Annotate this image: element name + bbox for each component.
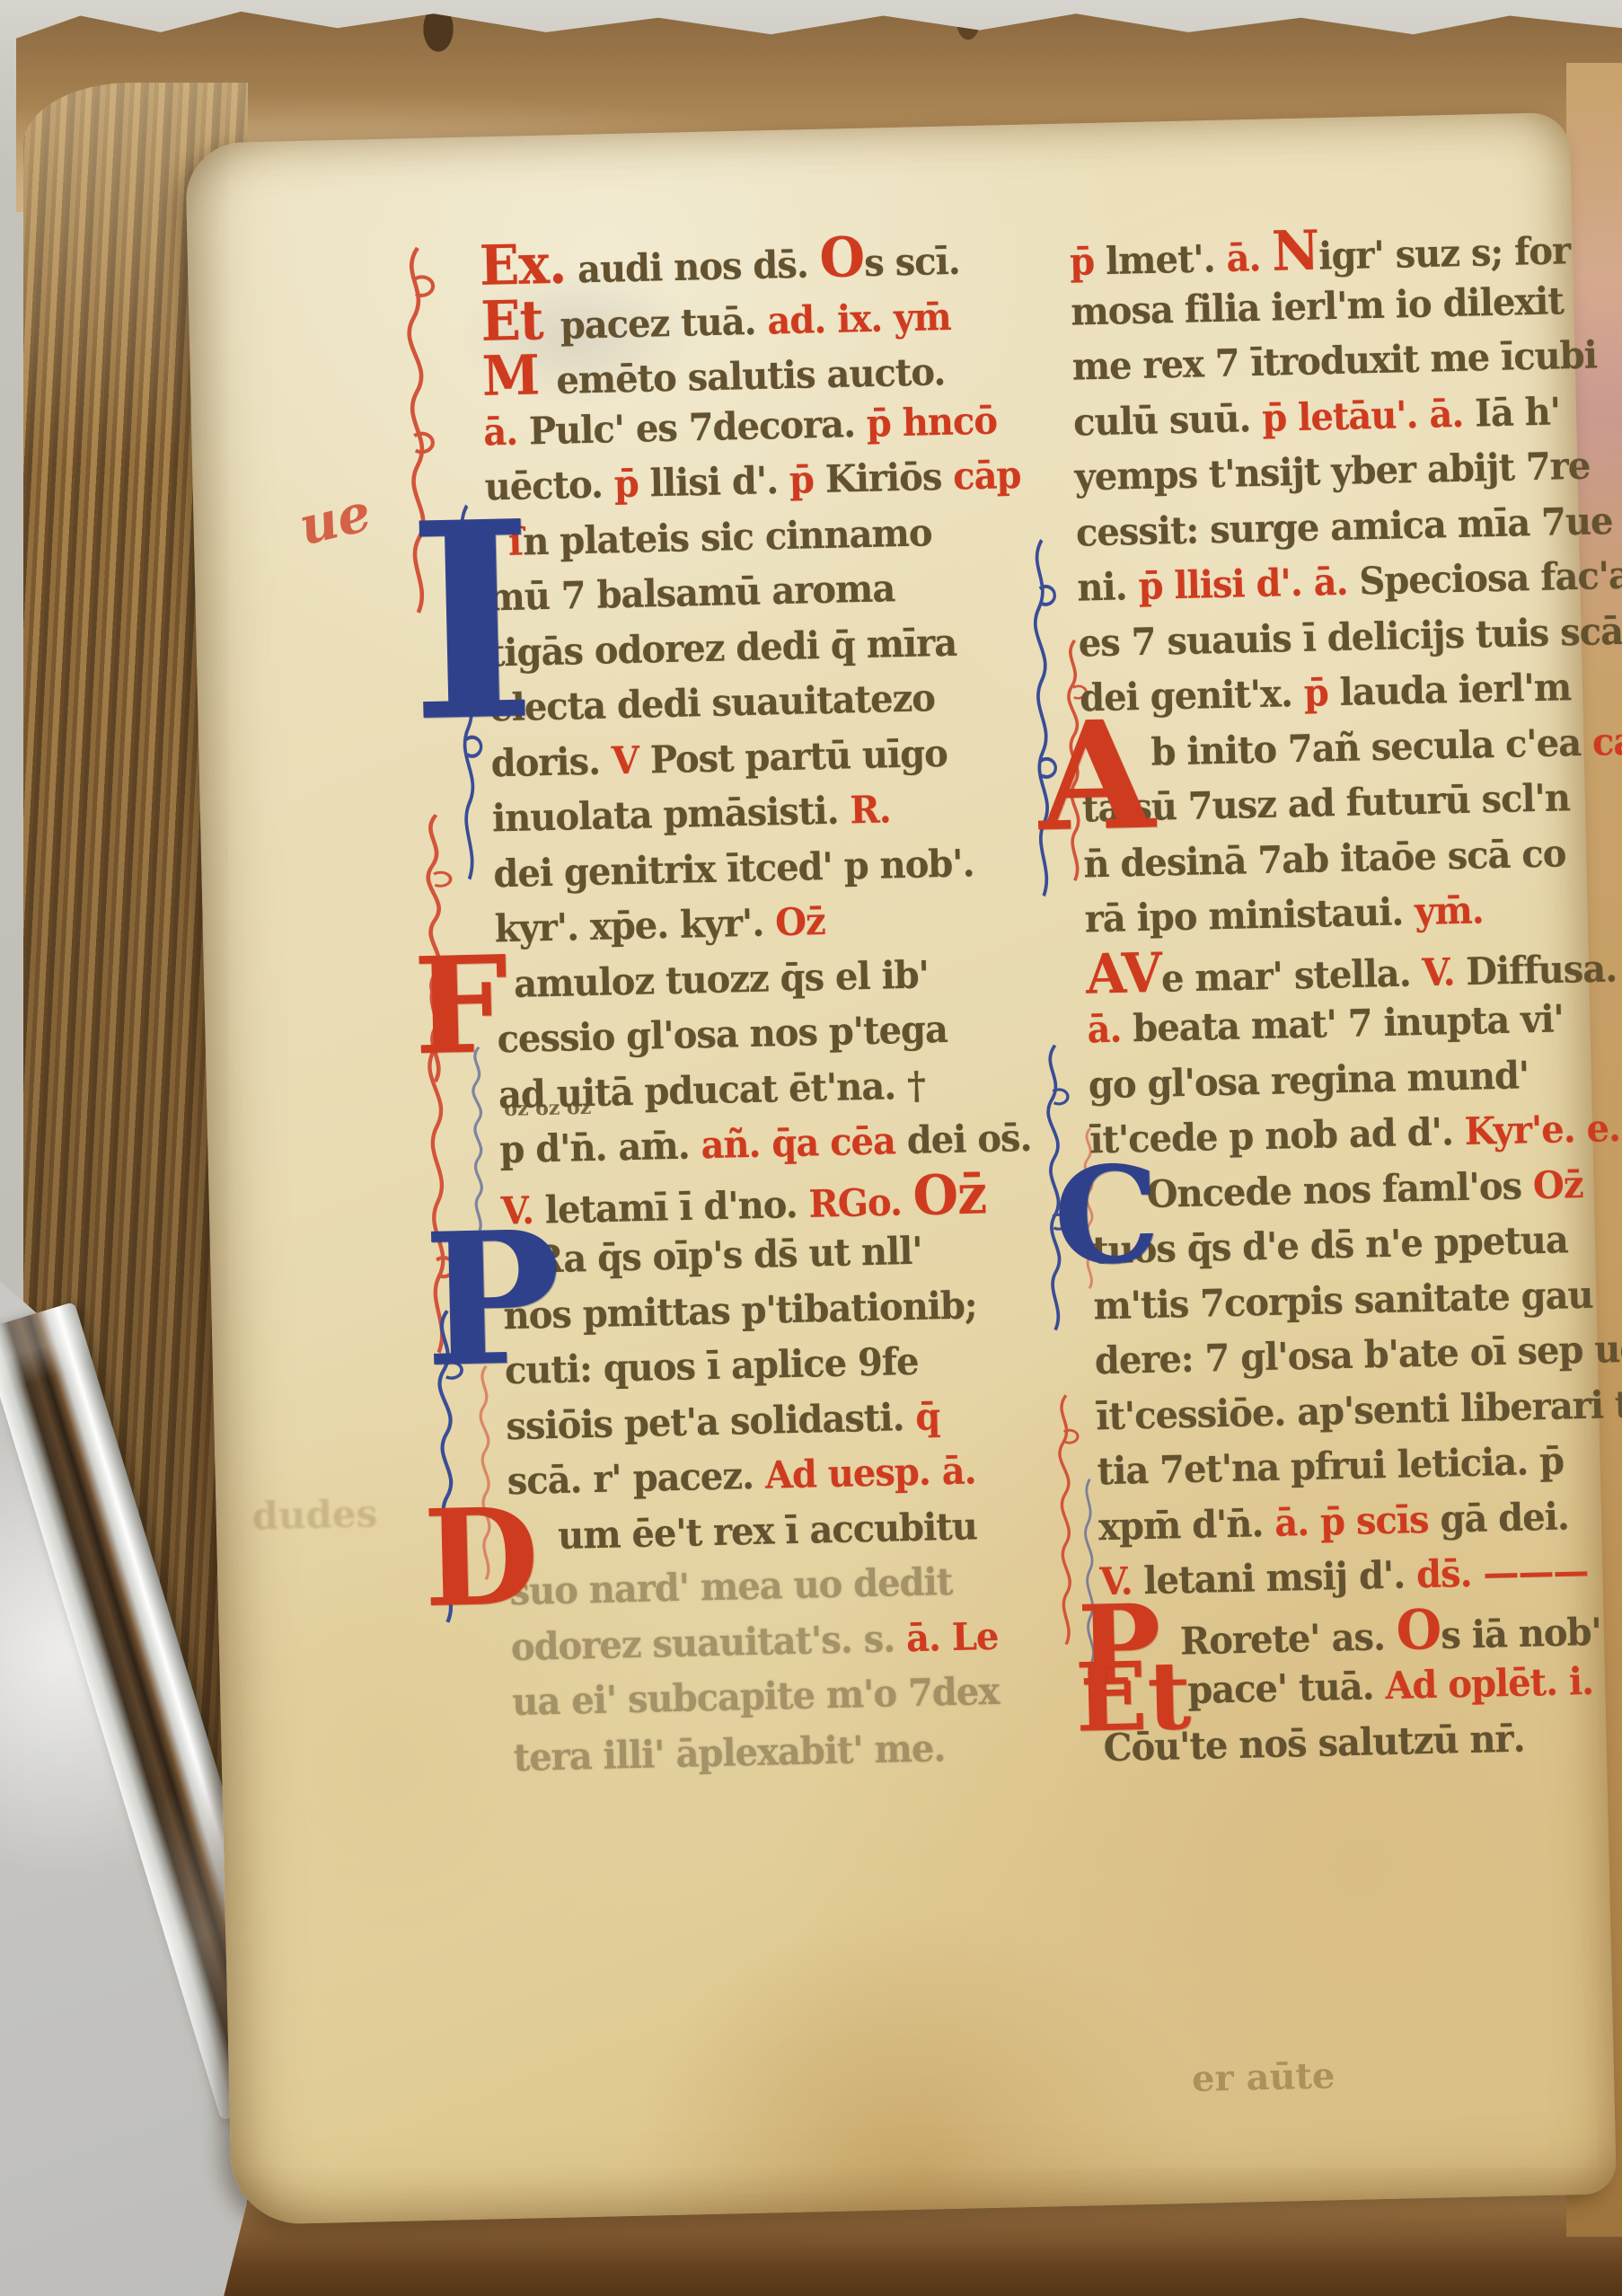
catchword: er aūte (1192, 2054, 1336, 2100)
text-run: beata mat' 7 inupta vi' (1133, 997, 1565, 1051)
text-run: cāp (953, 453, 1021, 499)
text-run: n plateis sic cinnamo (523, 510, 932, 564)
manuscript-text-line: tera illi' āplexabit' me. (513, 1716, 1071, 1787)
text-run: Post partū uīgo (649, 731, 948, 782)
manuscript-photo-scene: ue dudes er aūte oz oz oz Ex. audi nos d… (0, 0, 1622, 2296)
margin-ghost-text: dudes (251, 1491, 378, 1538)
text-run: audi nos ds̄. (566, 242, 821, 292)
text-run: rā ipo ministaui. (1084, 889, 1415, 941)
text-run: b inito 7añ secula c'ea (1150, 720, 1582, 774)
text-run: Iā h' (1475, 389, 1561, 435)
text-run: tuos q̄s d'e ds̄ n'e ppetua (1092, 1218, 1569, 1273)
text-run: V. (1422, 949, 1467, 994)
text-run: ā. (1087, 1006, 1133, 1051)
text-run: ā. (1226, 235, 1273, 280)
text-run: q̄ (915, 1394, 940, 1439)
text-run: dei os̄. (906, 1116, 1032, 1162)
text-run: pacez tuā. (560, 298, 768, 348)
text-run: Oz̄ (1532, 1162, 1583, 1208)
text-run: p̄ hncō (866, 398, 997, 446)
text-run: llisi d'. (649, 458, 789, 506)
text-run: go gl'osa regina mund' (1088, 1053, 1529, 1107)
text-run: Ra q̄s oīp's ds̄ ut nll' (533, 1229, 923, 1282)
text-run: R. (850, 788, 891, 833)
text-run: ds̄. ——— (1416, 1549, 1589, 1597)
text-run: es 7 suauis ī delicijs tuis scā (1078, 608, 1622, 665)
text-run: nos pmittas p'tibationib; (503, 1283, 977, 1338)
text-run: N (1271, 218, 1319, 284)
text-run: Speciosa fac'a (1359, 553, 1622, 604)
text-run: cessio gl'osa nos p'tega (497, 1007, 948, 1062)
text-run: xpm̄ d'n̄. (1098, 1501, 1275, 1550)
text-run: ssiōis pet'a solidasti. (506, 1395, 916, 1449)
text-run: p̄ (1070, 239, 1106, 284)
text-run: Oz̄ (912, 1161, 987, 1227)
text-run: p d'n̄. am̄. (499, 1123, 701, 1171)
text-run: s iā nob' (1441, 1610, 1602, 1657)
text-run: p̄ llisi d'. ā. (1138, 560, 1360, 609)
text-run: ā. (483, 409, 530, 454)
text-run: yemps t'nsijt yber abijt 7re (1074, 444, 1591, 499)
text-run: pace' tuā. (1187, 1664, 1386, 1712)
illuminated-initial-c: C (1053, 1160, 1161, 1271)
illuminated-initial-f: F (412, 949, 509, 1061)
text-run: me rex 7 ītroduxit me īcubi (1071, 333, 1597, 390)
text-run: tera illi' āplexabit' me. (513, 1726, 946, 1779)
text-run: dere: 7 gl'osa b'ate oī sep ug'is (1094, 1326, 1622, 1383)
text-run: Oncede nos faml'os (1146, 1163, 1533, 1216)
text-run: ad. ix. ym̄ (767, 295, 951, 343)
illuminated-initial-a: A (1037, 714, 1156, 839)
text-run: ni. (1077, 564, 1139, 610)
text-run: culū suū. (1073, 396, 1263, 445)
text-run: igr' suz s; for (1318, 228, 1571, 278)
text-run: mū 7 balsamū aroma (487, 566, 895, 620)
text-run: um ēe't rex ī accubitu (558, 1504, 978, 1558)
illuminated-initial-p: P (422, 1223, 562, 1376)
text-run: Ad oplēt. i. (1385, 1659, 1594, 1709)
text-run: O (819, 225, 865, 290)
text-run: añ. q̄a cēa (701, 1118, 907, 1168)
text-run: ua ei' subcapite m'o 7dex (512, 1669, 1000, 1725)
text-run: letamī ī d'no. (544, 1181, 809, 1232)
margin-pen-trial: ue (294, 481, 377, 557)
text-run: lauda ierl'm (1339, 665, 1572, 714)
text-run: Rorete' as. (1179, 1614, 1397, 1664)
illuminated-initial-i: I (406, 509, 537, 734)
text-run: amuloz tuozz q̄s el ib' (514, 952, 930, 1006)
text-run: mosa filia ierl'm io dilexit (1071, 278, 1565, 334)
text-run: ā. Le (905, 1614, 998, 1661)
text-run: M (481, 342, 557, 408)
text-run: īt'cessiōe. ap'senti liberari t'sti (1096, 1381, 1622, 1438)
text-run: inuolata pmāsisti. (491, 789, 850, 841)
text-run: RGo. (808, 1179, 913, 1226)
text-run: kyr'. xp̄e. kyr'. (494, 900, 775, 950)
text-run: p̄ (613, 461, 650, 506)
text-run: suo nard' mea uo dedit (509, 1559, 953, 1614)
text-run: cap (1580, 719, 1622, 764)
text-run: p̄ (1303, 670, 1340, 715)
text-run: s scī. (864, 239, 961, 286)
text-run: AV (1085, 940, 1161, 1006)
parchment-page: ue dudes er aūte oz oz oz Ex. audi nos d… (185, 112, 1617, 2225)
text-run: cessit: surge amica mīa 7ue (1075, 499, 1613, 555)
text-run: Kyr'e. e. kyr' (1464, 1104, 1622, 1153)
text-run: odorez suauitat's. s. (510, 1616, 906, 1669)
text-run: cuti: quos ī aplice 9fe (504, 1339, 919, 1393)
text-run: Diffusa. (1466, 946, 1618, 993)
text-run: p̄ letāu'. ā. (1262, 391, 1476, 440)
text-run: p̄ (789, 457, 825, 502)
text-run: Oz̄ (775, 899, 826, 945)
text-run: scā. r' pacez. (507, 1453, 765, 1504)
text-run: Pulc' es 7decora. (528, 402, 867, 454)
text-run: m'tis 7corpis sanitate gau (1093, 1272, 1593, 1328)
text-run: e mar' stella. (1161, 950, 1424, 1001)
text-column-right: p̄ lmet'. ā. Nigr' suz s; formosa filia … (1069, 216, 1622, 1774)
text-run: electa dedi suauitatezo (489, 676, 936, 730)
illuminated-initial-d: D (422, 1502, 540, 1613)
text-run: gā dei. (1440, 1494, 1569, 1541)
text-run: V (611, 737, 650, 782)
text-run: Kiriōs (824, 455, 953, 502)
text-run: dei genitrix ītced' p nob'. (493, 841, 974, 896)
text-run: Ad uesp. ā. (764, 1449, 976, 1498)
text-run: O (1396, 1597, 1441, 1663)
text-run: ā. p̄ scīs (1274, 1497, 1441, 1545)
text-run: tia 7et'na pfrui leticia. p̄ (1097, 1439, 1565, 1494)
text-column-left: oz oz oz Ex. audi nos ds̄. Os scī.Et pac… (479, 225, 1071, 1784)
text-run: letani msij d'. (1143, 1552, 1417, 1603)
illuminated-initial-et: Et (1074, 1656, 1191, 1736)
text-run: tigās odorez dedi q̄ mīra (488, 620, 956, 675)
text-run: lmet'. (1105, 236, 1227, 283)
text-run: ym̄. (1415, 888, 1485, 934)
text-run: ad uitā pducat ēt'na. † (498, 1063, 925, 1117)
